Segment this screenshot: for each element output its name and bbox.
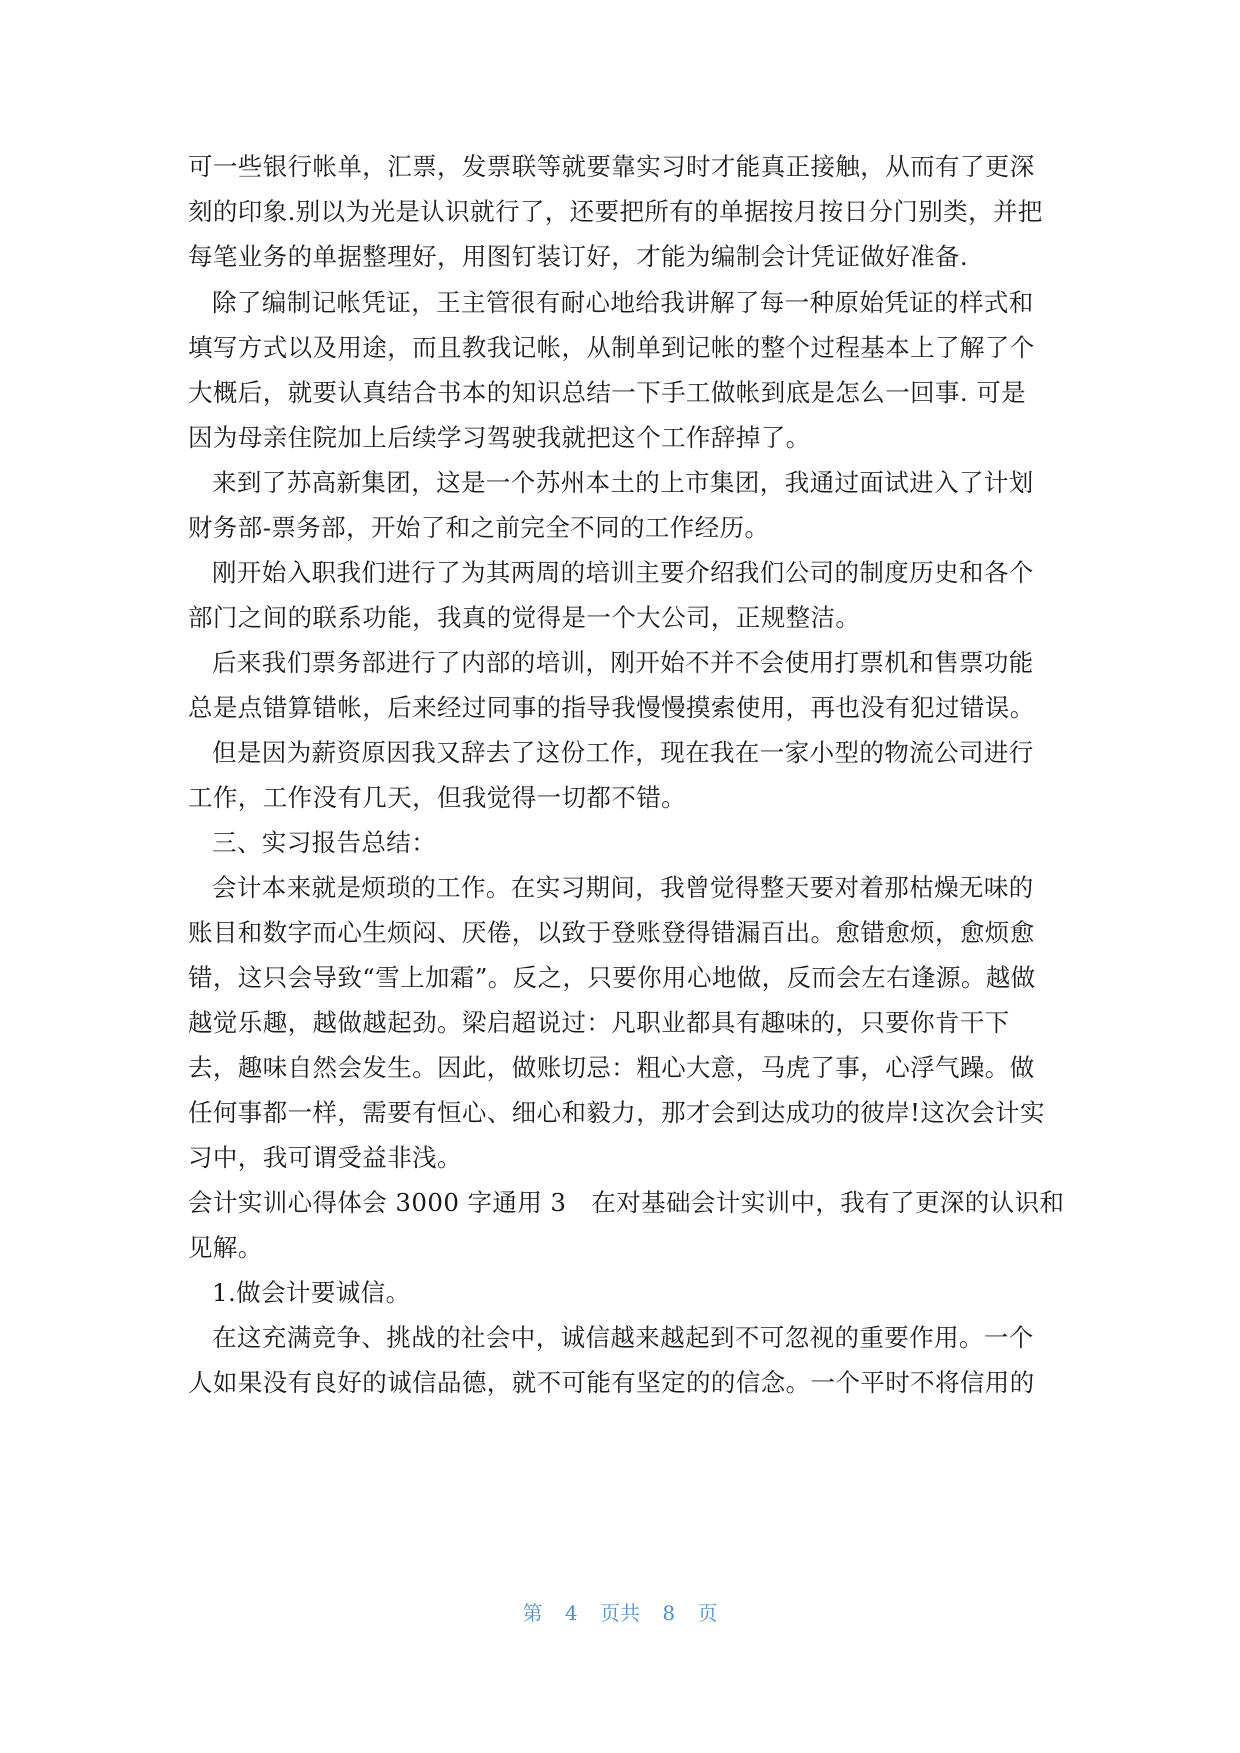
current-page-number: 4: [565, 1601, 578, 1625]
text-line: 见解。: [188, 1231, 263, 1265]
text-line: 刻的印象.别以为光是认识就行了，还要把所有的单据按月按日分门别类，并把: [188, 195, 1043, 229]
text-line: 总是点错算错帐，后来经过同事的指导我慢慢摸索使用，再也没有犯过错误。: [188, 691, 1035, 725]
footer-prefix: 第: [523, 1597, 543, 1626]
text-line: 去，趣味自然会发生。因此，做账切忌：粗心大意，马虎了事，心浮气躁。做: [188, 1051, 1035, 1085]
footer-middle: 页共: [600, 1597, 640, 1626]
document-page: 可一些银行帐单，汇票，发票联等就要靠实习时才能真正接触，从而有了更深 刻的印象.…: [0, 0, 1240, 1753]
text-line: 越觉乐趣，越做越起劲。梁启超说过：凡职业都具有趣味的，只要你肯干下: [188, 1006, 1010, 1040]
text-line: 错，这只会导致“雪上加霜”。反之，只要你用心地做，反而会左右逢源。越做: [188, 961, 1036, 995]
paragraph-start-line: 但是因为薪资原因我又辞去了这份工作，现在我在一家小型的物流公司进行: [212, 736, 1034, 770]
total-pages-number: 8: [662, 1601, 675, 1625]
footer-suffix: 页: [697, 1597, 717, 1626]
text-line: 工作，工作没有几天，但我觉得一切都不错。: [188, 781, 686, 815]
numbered-heading: 1.做会计要诚信。: [212, 1276, 410, 1310]
page-number-footer: 第 4 页共 8 页: [0, 1597, 1240, 1626]
text-line: 部门之间的联系功能，我真的觉得是一个大公司，正规整洁。: [188, 601, 860, 635]
text-line: 大概后，就要认真结合书本的知识总结一下手工做帐到底是怎么一回事. 可是: [188, 376, 1026, 410]
text-line: 习中，我可谓受益非浅。: [188, 1141, 462, 1175]
text-line: 任何事都一样，需要有恒心、细心和毅力，那才会到达成功的彼岸!这次会计实: [188, 1096, 1045, 1130]
text-line: 填写方式以及用途，而且教我记帐，从制单到记帐的整个过程基本上了解了个: [188, 331, 1035, 365]
text-line: 财务部-票务部，开始了和之前完全不同的工作经历。: [188, 511, 769, 545]
text-line: 每笔业务的单据整理好，用图钉装订好，才能为编制会计凭证做好准备.: [188, 240, 968, 274]
paragraph-start-line: 会计本来就是烦琐的工作。在实习期间，我曾觉得整天要对着那枯燥无味的: [212, 871, 1034, 905]
paragraph-start-line: 在这充满竞争、挑战的社会中，诚信越来越起到不可忽视的重要作用。一个: [212, 1321, 1034, 1355]
text-line: 因为母亲住院加上后续学习驾驶我就把这个工作辞掉了。: [188, 421, 811, 455]
paragraph-start-line: 后来我们票务部进行了内部的培训，刚开始不并不会使用打票机和售票功能: [212, 646, 1034, 680]
text-line: 账目和数字而心生烦闷、厌倦，以致于登账登得错漏百出。愈错愈烦，愈烦愈: [188, 916, 1035, 950]
paragraph-start-line: 刚开始入职我们进行了为其两周的培训主要介绍我们公司的制度历史和各个: [212, 556, 1034, 590]
section-heading: 三、实习报告总结：: [212, 826, 436, 860]
text-line: 可一些银行帐单，汇票，发票联等就要靠实习时才能真正接触，从而有了更深: [188, 150, 1035, 184]
paragraph-start-line: 来到了苏高新集团，这是一个苏州本土的上市集团，我通过面试进入了计划: [212, 466, 1034, 500]
section-title-line: 会计实训心得体会 3000 字通用 3 在对基础会计实训中，我有了更深的认识和: [188, 1186, 1064, 1220]
text-line: 人如果没有良好的诚信品德，就不可能有坚定的的信念。一个平时不将信用的: [188, 1366, 1035, 1400]
paragraph-start-line: 除了编制记帐凭证，王主管很有耐心地给我讲解了每一种原始凭证的样式和: [212, 286, 1034, 320]
